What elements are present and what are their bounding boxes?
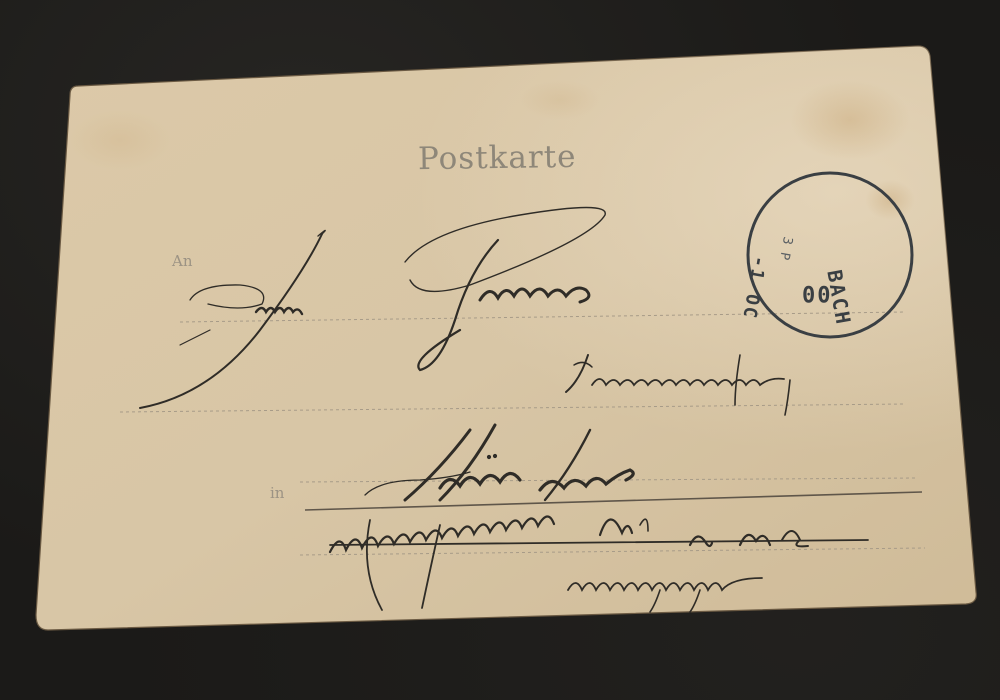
photo-scene: Postkarte An in BACH -1 OC 00 3 P Herrn … (0, 0, 1000, 700)
postcard (0, 0, 1000, 700)
